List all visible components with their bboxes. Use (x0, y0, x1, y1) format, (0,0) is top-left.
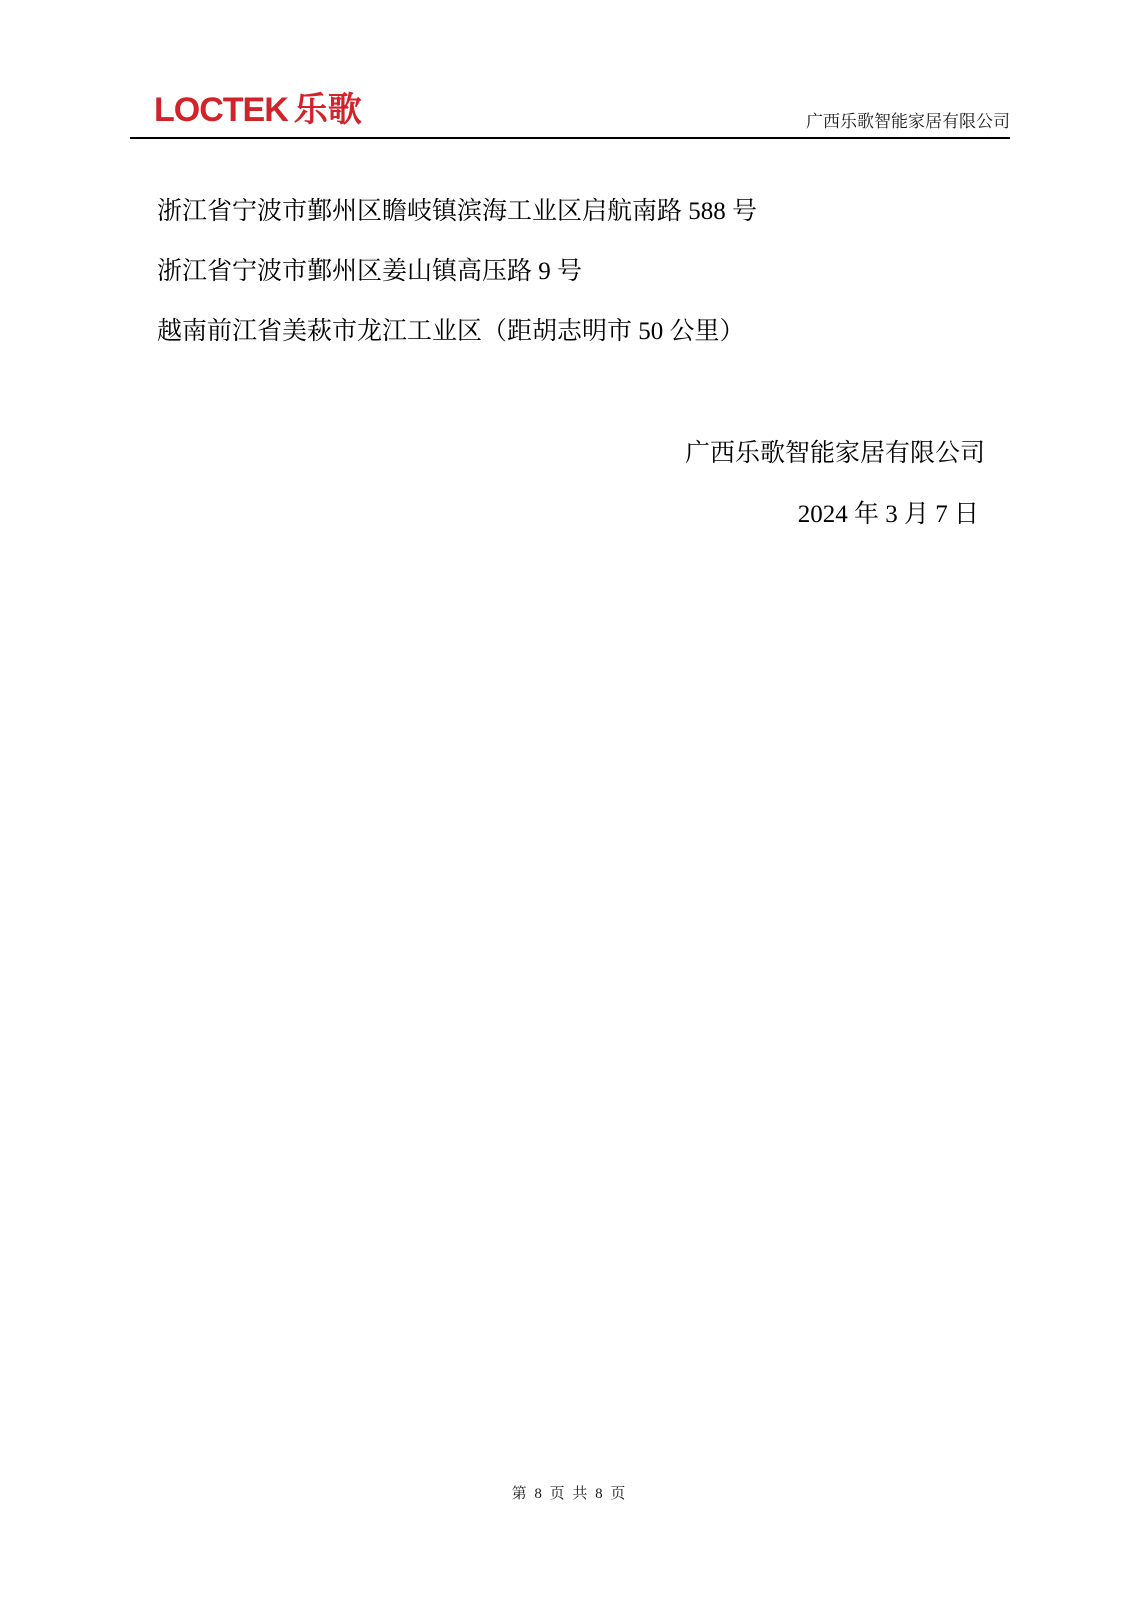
loctek-logo-cjk: 乐歌 (294, 91, 362, 129)
loctek-logo: LOCTEK乐歌 (154, 92, 362, 129)
address-line-ningbo-zhanqi: 浙江省宁波市鄞州区瞻岐镇滨海工业区启航南路 588 号 (157, 197, 757, 227)
page-number-footer: 第 8 页 共 8 页 (0, 1482, 1139, 1503)
header-divider-rule (130, 137, 1010, 139)
address-line-vietnam: 越南前江省美萩市龙江工业区（距胡志明市 50 公里） (157, 317, 745, 347)
document-page: LOCTEK乐歌 广西乐歌智能家居有限公司 浙江省宁波市鄞州区瞻岐镇滨海工业区启… (0, 0, 1139, 1612)
header-company-name: 广西乐歌智能家居有限公司 (806, 107, 1010, 132)
signature-company-name: 广西乐歌智能家居有限公司 (685, 433, 985, 469)
loctek-logo-latin: LOCTEK (154, 91, 288, 129)
signature-date: 2024 年 3 月 7 日 (798, 494, 979, 530)
address-line-ningbo-jiangshan: 浙江省宁波市鄞州区姜山镇高压路 9 号 (157, 257, 582, 287)
